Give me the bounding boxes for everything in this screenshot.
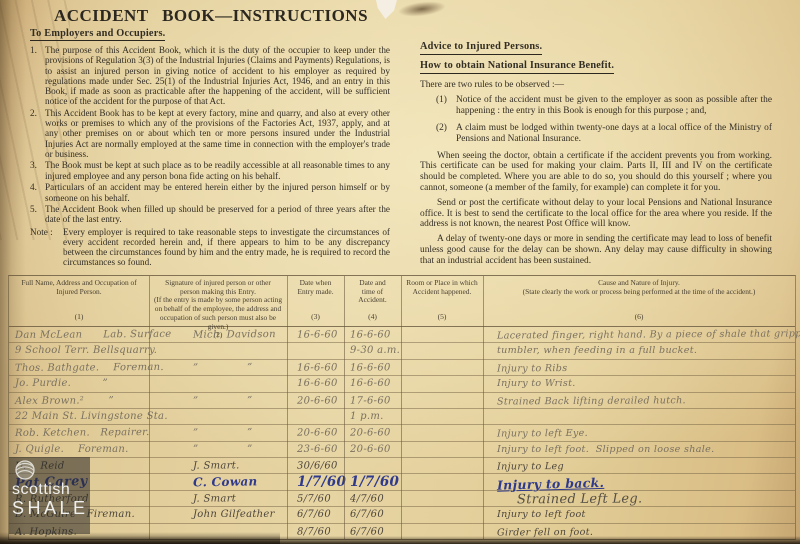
cell-c5 <box>401 328 483 329</box>
table-body: Dan McLean Lab. SurfaceMich. Davidson16-… <box>9 327 795 540</box>
cell-c1: Dan McLean Lab. Surface <box>15 328 149 343</box>
column-divider <box>344 276 345 539</box>
cell-c6: Injury to Wrist. <box>483 377 795 391</box>
cell-c3: 6/7/60 <box>287 508 344 522</box>
bottom-edge-shadow <box>0 536 800 544</box>
column-divider <box>287 276 288 539</box>
header-text: Date and time of Accident. <box>347 279 398 305</box>
table-row: Alex Brown.² ”” ”20-6-6017-6-60Strained … <box>9 393 795 409</box>
watermark-line1: scottish <box>12 481 87 498</box>
column-divider <box>483 276 484 539</box>
globe-icon <box>14 459 36 481</box>
advice-paragraph: Send or post the certificate without del… <box>420 198 772 230</box>
cell-c4: 1/7/60 <box>344 475 401 489</box>
table-row: 9 School Terr. Bellsquarry.9-30 a.m.tumb… <box>9 343 795 359</box>
rule-number: (1) <box>436 95 456 117</box>
cell-c1: Thos. Bathgate. Foreman. <box>15 361 149 376</box>
accident-book-page: ACCIDENT BOOK—INSTRUCTIONS To Employers … <box>0 0 800 544</box>
header-text: Signature of injured person or other per… <box>152 279 284 331</box>
cell-c2: C. Cowan <box>149 474 287 490</box>
employers-heading: To Employers and Occupiers. <box>30 29 165 41</box>
cell-c4: 16-6-60 <box>344 361 401 375</box>
rule-text: Notice of the accident must be given to … <box>456 95 772 117</box>
cell-c2: ” ” <box>149 361 287 376</box>
table-header-row: Full Name, Address and Occupation of Inj… <box>9 276 795 327</box>
table-row: D. ReidJ. Smart.30/6/60Injury to Leg <box>9 458 795 474</box>
scottish-shale-watermark: scottish SHALE <box>9 457 90 534</box>
item-text: The purpose of this Accident Book, which… <box>45 45 390 106</box>
item-number: 3. <box>30 160 45 180</box>
cell-c3: 1/7/60 <box>287 475 344 489</box>
item-number: 5. <box>30 204 45 224</box>
rule-item: (2) A claim must be lodged within twenty… <box>436 123 772 145</box>
cell-c1: 9 School Terr. Bellsquarry. <box>15 344 149 358</box>
cell-c6: Injury to left foot <box>483 508 795 522</box>
cell-c6: Injury to left foot. Slipped on loose sh… <box>483 443 795 457</box>
table-row: R. RutherfordJ. Smart5/7/604/7/60Straine… <box>9 491 795 507</box>
item-text: The Accident Book when filled up should … <box>45 204 390 224</box>
cell-c6: Injury to Ribs <box>483 360 795 376</box>
note-label: Note : <box>30 227 63 268</box>
accident-table: Full Name, Address and Occupation of Inj… <box>8 275 796 540</box>
advice-heading: Advice to Injured Persons. <box>420 42 542 55</box>
cell-c1: Alex Brown.² ” <box>15 394 149 409</box>
column-divider <box>149 276 150 539</box>
employers-column: To Employers and Occupiers. 1. The purpo… <box>30 28 390 267</box>
header-text: Room or Place in which Accident happened… <box>404 279 480 296</box>
page-title: ACCIDENT BOOK—INSTRUCTIONS <box>28 6 394 26</box>
instruction-item: 1. The purpose of this Accident Book, wh… <box>30 45 390 106</box>
table-row: J. Quigle. Foreman.” ”23-6-6020-6-60Inju… <box>9 442 795 458</box>
watermark-line2: SHALE <box>12 498 87 518</box>
cell-c5 <box>401 426 483 427</box>
header-text: Cause and Nature of Injury. (State clear… <box>486 279 792 296</box>
cell-c4: 1 p.m. <box>344 410 401 424</box>
header-number: (3) <box>290 313 341 322</box>
cell-c3: 16-6-60 <box>287 328 344 342</box>
paper-crease <box>397 0 446 19</box>
cell-c1: Jo. Purdie. ” <box>15 377 149 391</box>
cell-c6: Lacerated finger, right hand. By a piece… <box>483 327 795 343</box>
cell-c6: Injury to left Eye. <box>483 426 795 442</box>
cell-c2 <box>149 525 287 526</box>
item-number: 1. <box>30 45 45 106</box>
cell-c3: 20-6-60 <box>287 427 344 441</box>
table-header-cell: Cause and Nature of Injury. (State clear… <box>483 276 795 326</box>
header-number: (4) <box>347 313 398 322</box>
column-divider <box>401 276 402 539</box>
table-row: Dan McLean Lab. SurfaceMich. Davidson16-… <box>9 327 795 343</box>
item-text: Particulars of an accident may be entere… <box>45 182 390 202</box>
cell-c5 <box>401 492 483 493</box>
cell-c4: 9-30 a.m. <box>344 344 401 358</box>
table-header-cell: Signature of injured person or other per… <box>149 276 287 326</box>
cell-c5 <box>401 459 483 460</box>
cell-c1: J. Quigle. Foreman. <box>15 443 149 457</box>
cell-c2: ” ” <box>149 443 287 457</box>
header-text: Full Name, Address and Occupation of Inj… <box>12 279 146 296</box>
cell-c6: tumbler, when feeding in a full bucket. <box>483 344 795 358</box>
cell-c3: 23-6-60 <box>287 443 344 457</box>
cell-c1: 22 Main St. Livingstone Sta. <box>15 410 149 424</box>
cell-c4: 4/7/60 <box>344 492 401 506</box>
header-text: Date when Entry made. <box>290 279 341 296</box>
cell-c3: 20-6-60 <box>287 394 344 408</box>
advice-paragraph: When seeing the doctor, obtain a certifi… <box>420 151 772 194</box>
cell-c6: Strained Back lifting derailed hutch. <box>483 393 795 409</box>
rules-intro: There are two rules to be observed :— <box>420 80 772 91</box>
cell-c2: J. Smart. <box>149 459 287 474</box>
cell-c5 <box>401 525 483 526</box>
table-row: Pat CareyC. Cowan1/7/601/7/60Injury to b… <box>9 474 795 490</box>
cell-c4: 17-6-60 <box>344 394 401 408</box>
cell-c3: 5/7/60 <box>287 492 344 506</box>
item-text: The Book must be kept at such place as t… <box>45 160 390 180</box>
cell-c2: John Gilfeather <box>149 508 287 522</box>
rule-number: (2) <box>436 123 456 145</box>
instruction-item: 4. Particulars of an accident may be ent… <box>30 182 390 202</box>
cell-c4: 20-6-60 <box>344 427 401 441</box>
cell-c2: J. Smart <box>149 492 287 507</box>
header-number: (1) <box>12 313 146 322</box>
cell-c2: ” ” <box>149 394 287 409</box>
item-number: 4. <box>30 182 45 202</box>
advice-column: Advice to Injured Persons. How to obtain… <box>420 42 772 271</box>
cell-c2: Mich. Davidson <box>149 328 287 343</box>
cell-c4: 20-6-60 <box>344 443 401 457</box>
note-text: Every employer is required to take reaso… <box>63 227 390 268</box>
item-number: 2. <box>30 108 45 159</box>
table-header-cell: Full Name, Address and Occupation of Inj… <box>9 276 149 326</box>
cell-c3: 16-6-60 <box>287 377 344 391</box>
cell-c4: 6/7/60 <box>344 508 401 522</box>
cell-c5 <box>401 361 483 362</box>
cell-c6: Strained Left Leg. <box>483 491 795 507</box>
table-row: Rob. Ketchen. Repairer.” ”20-6-6020-6-60… <box>9 425 795 441</box>
table-header-cell: Date when Entry made. (3) <box>287 276 344 326</box>
cell-c1: Rob. Ketchen. Repairer. <box>15 426 149 441</box>
instruction-item: 2. This Accident Book has to be kept at … <box>30 108 390 159</box>
instruction-item: 3. The Book must be kept at such place a… <box>30 160 390 180</box>
rule-text: A claim must be lodged within twenty-one… <box>456 123 772 145</box>
cell-c5 <box>401 394 483 395</box>
table-row: D. McGuire Fireman.John Gilfeather6/7/60… <box>9 507 795 523</box>
employer-note: Note : Every employer is required to tak… <box>30 227 390 268</box>
advice-paragraph: A delay of twenty-one days or more in se… <box>420 234 772 266</box>
table-row: Thos. Bathgate. Foreman.” ”16-6-6016-6-6… <box>9 360 795 376</box>
rule-item: (1) Notice of the accident must be given… <box>436 95 772 117</box>
table-row: Jo. Purdie. ”16-6-6016-6-60Injury to Wri… <box>9 376 795 392</box>
header-number: (6) <box>486 313 792 322</box>
header-number: (5) <box>404 313 480 322</box>
instruction-item: 5. The Accident Book when filled up shou… <box>30 204 390 224</box>
table-header-cell: Room or Place in which Accident happened… <box>401 276 483 326</box>
cell-c2: ” ” <box>149 426 287 441</box>
cell-c4: 16-6-60 <box>344 328 401 342</box>
table-header-cell: Date and time of Accident. (4) <box>344 276 401 326</box>
item-text: This Accident Book has to be kept at eve… <box>45 108 390 159</box>
cell-c3: 30/6/60 <box>287 459 344 473</box>
cell-c3: 16-6-60 <box>287 361 344 375</box>
cell-c4: 16-6-60 <box>344 377 401 391</box>
benefit-heading: How to obtain National Insurance Benefit… <box>420 61 614 74</box>
table-row: 22 Main St. Livingstone Sta.1 p.m. <box>9 409 795 425</box>
top-right-worn-corner <box>748 0 800 48</box>
